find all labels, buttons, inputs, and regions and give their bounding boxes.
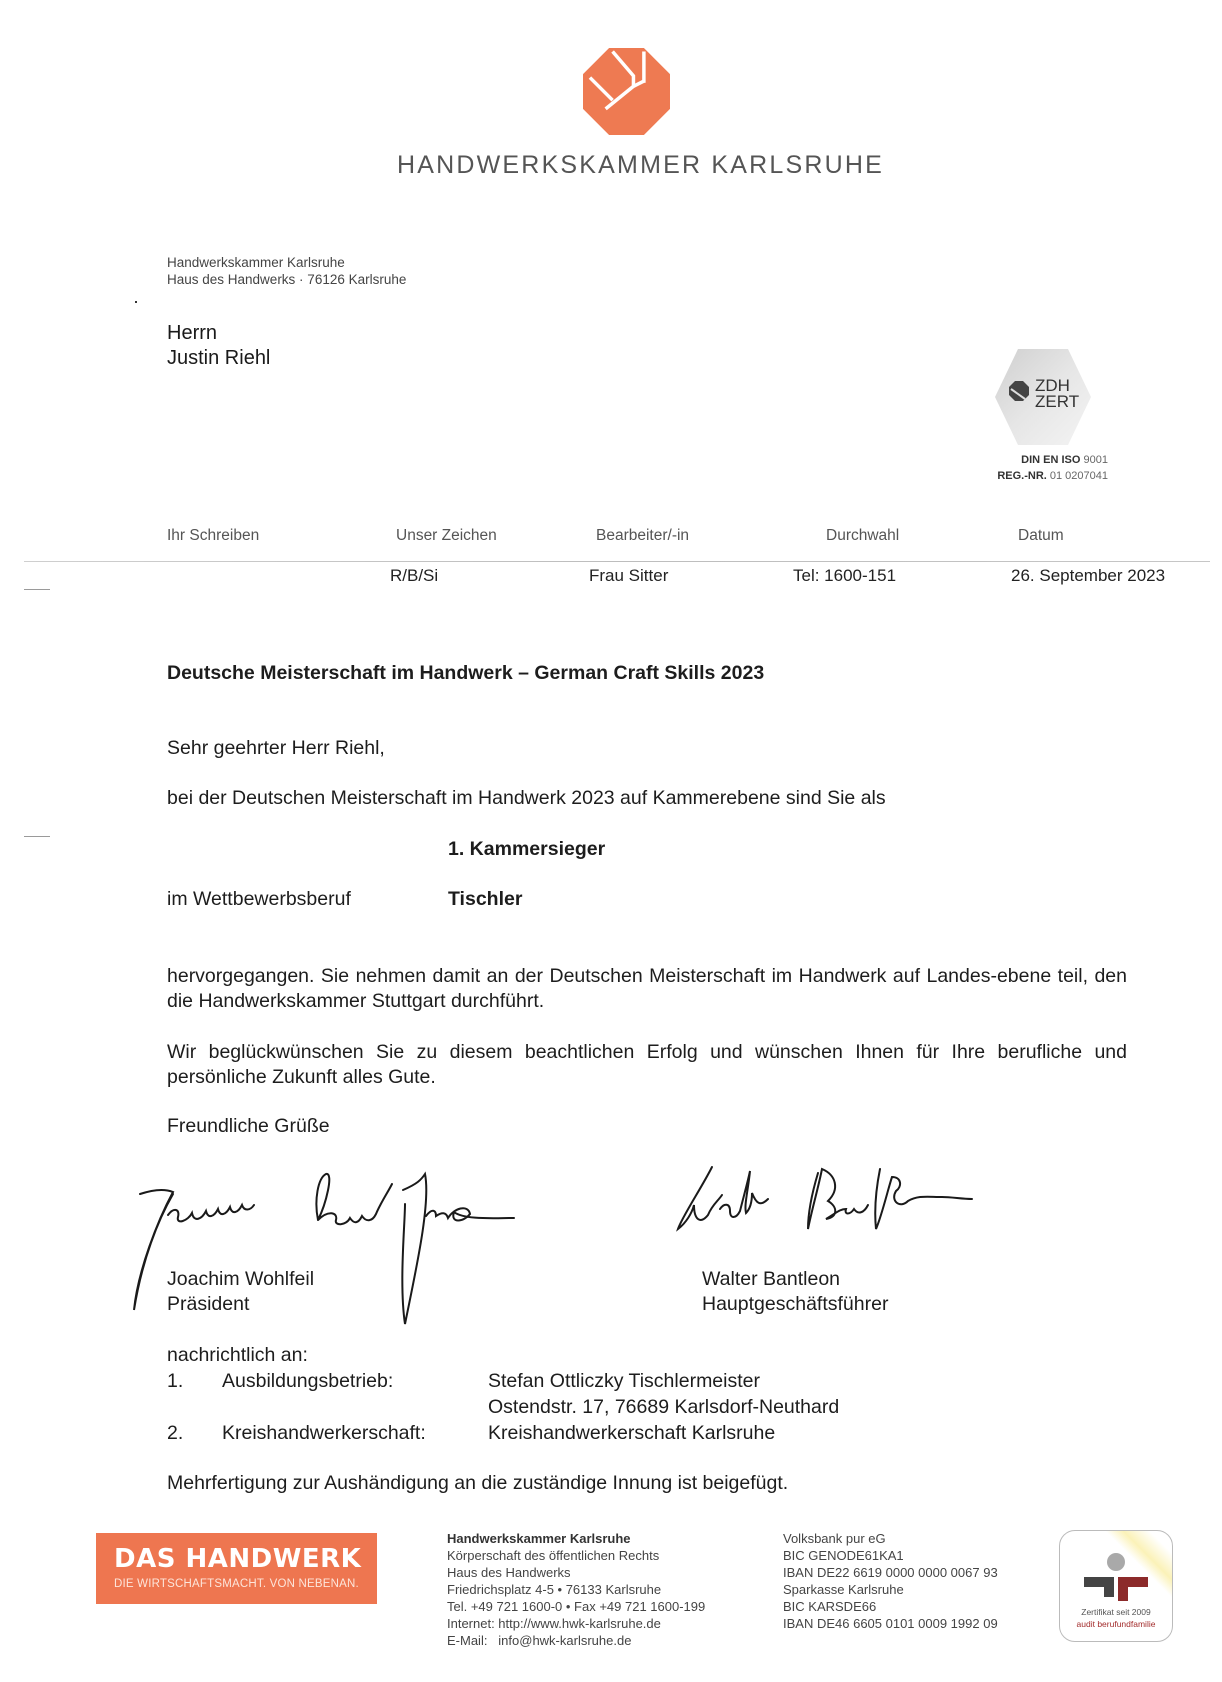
scan-speck (135, 301, 137, 303)
letter-paragraph-1: bei der Deutschen Meisterschaft im Handw… (167, 787, 886, 810)
das-handwerk-campaign-logo: DAS HANDWERK DIE WIRTSCHAFTSMACHT. VON N… (96, 1533, 377, 1604)
footer-organization: Handwerkskammer Karlsruhe Körperschaft d… (447, 1530, 705, 1649)
cc-item-number: 1. (167, 1370, 183, 1393)
ref-label-date: Datum (1018, 527, 1064, 545)
ref-value-handler: Frau Sitter (589, 566, 668, 586)
bank-1-name: Volksbank pur eG (783, 1530, 998, 1547)
zert-text: ZERT (1035, 392, 1079, 411)
signatory-1-name: Joachim Wohlfeil (167, 1268, 314, 1291)
bank-2-iban: IBAN DE46 6605 0101 0009 1992 09 (783, 1615, 998, 1632)
audit-logo-dot-icon (1107, 1553, 1125, 1571)
iso-label: DIN EN ISO (1021, 454, 1080, 466)
ref-label-extension: Durchwahl (826, 527, 899, 545)
signatory-1-title: Präsident (167, 1293, 249, 1316)
ref-value-our-reference: R/B/Si (390, 566, 438, 586)
fold-mark (24, 589, 50, 590)
letter-paragraph-2: hervorgegangen. Sie nehmen damit an der … (167, 964, 1127, 1014)
ref-value-date: 26. September 2023 (1011, 566, 1165, 586)
ref-label-your-letter: Ihr Schreiben (167, 527, 259, 545)
cc-item-value: Kreishandwerkerschaft Karlsruhe (488, 1422, 775, 1445)
recipient-salutation: Herrn (167, 322, 217, 345)
ref-value-extension: Tel: 1600-151 (793, 566, 896, 586)
org-title: HANDWERKSKAMMER KARLSRUHE (397, 151, 884, 180)
sender-line-2: Haus des Handwerks · 76126 Karlsruhe (167, 272, 406, 287)
cc-item-number: 2. (167, 1422, 183, 1445)
letter-closing: Freundliche Grüße (167, 1115, 330, 1138)
footer-org-address: Friedrichsplatz 4-5 • 76133 Karlsruhe (447, 1581, 705, 1598)
cc-item-value: Stefan Ottliczky Tischlermeister (488, 1370, 760, 1393)
letter-paragraph-3: Wir beglückwünschen Sie zu diesem beacht… (167, 1040, 1127, 1090)
zdh-zert-badge-icon: ZDH ZERT (993, 347, 1093, 447)
hwk-octagon-logo-icon (583, 48, 670, 135)
audit-berufundfamilie-badge: Zertifikat seit 2009 audit berufundfamil… (1059, 1530, 1173, 1642)
bank-1-bic: BIC GENODE61KA1 (783, 1547, 998, 1564)
footer-org-email[interactable]: E-Mail: info@hwk-karlsruhe.de (447, 1632, 705, 1649)
reg-number: 01 0207041 (1050, 470, 1108, 482)
ref-label-our-reference: Unser Zeichen (396, 527, 497, 545)
cc-heading: nachrichtlich an: (167, 1344, 308, 1367)
recipient-name: Justin Riehl (167, 347, 270, 370)
bank-2-bic: BIC KARSDE66 (783, 1598, 998, 1615)
footer-org-building: Haus des Handwerks (447, 1564, 705, 1581)
campaign-title: DAS HANDWERK (114, 1544, 361, 1574)
enclosure-note: Mehrfertigung zur Aushändigung an die zu… (167, 1472, 788, 1495)
reg-label: REG.-NR. (997, 470, 1047, 482)
reference-separator (24, 561, 1210, 562)
campaign-subtitle: DIE WIRTSCHAFTSMACHT. VON NEBENAN. (114, 1578, 359, 1590)
bank-1-iban: IBAN DE22 6619 0000 0000 0067 93 (783, 1564, 998, 1581)
footer-org-phone: Tel. +49 721 1600-0 • Fax +49 721 1600-1… (447, 1598, 705, 1615)
profession-label: im Wettbewerbsberuf (167, 888, 351, 911)
audit-logo-leg-icon (1104, 1577, 1114, 1597)
signatory-2-title: Hauptgeschäftsführer (702, 1293, 888, 1316)
footer-org-name: Handwerkskammer Karlsruhe (447, 1530, 705, 1547)
cc-item-label: Ausbildungsbetrieb: (222, 1370, 393, 1393)
letter-subject: Deutsche Meisterschaft im Handwerk – Ger… (167, 662, 764, 685)
audit-name: audit berufundfamilie (1060, 1619, 1172, 1629)
sender-line-1: Handwerkskammer Karlsruhe (167, 255, 345, 270)
ref-label-handler: Bearbeiter/-in (596, 527, 689, 545)
signatory-2-name: Walter Bantleon (702, 1268, 840, 1291)
audit-logo-leg-icon (1118, 1577, 1128, 1601)
audit-certificate-since: Zertifikat seit 2009 (1060, 1607, 1172, 1617)
cc-item-label: Kreishandwerkerschaft: (222, 1422, 426, 1445)
award-rank: 1. Kammersieger (448, 838, 605, 861)
punch-mark (24, 836, 50, 837)
iso-number: 9001 (1084, 454, 1108, 466)
footer-org-type: Körperschaft des öffentlichen Rechts (447, 1547, 705, 1564)
registration-number: REG.-NR. 01 0207041 (975, 470, 1108, 482)
signature-managing-director (672, 1163, 982, 1238)
iso-certification: DIN EN ISO 9001 (993, 454, 1108, 466)
profession-value: Tischler (448, 888, 522, 911)
bank-2-name: Sparkasse Karlsruhe (783, 1581, 998, 1598)
cc-item-address: Ostendstr. 17, 76689 Karlsdorf-Neuthard (488, 1396, 839, 1419)
footer-bank-details: Volksbank pur eG BIC GENODE61KA1 IBAN DE… (783, 1530, 998, 1632)
footer-org-website[interactable]: Internet: http://www.hwk-karlsruhe.de (447, 1615, 705, 1632)
letter-salutation: Sehr geehrter Herr Riehl, (167, 737, 385, 760)
